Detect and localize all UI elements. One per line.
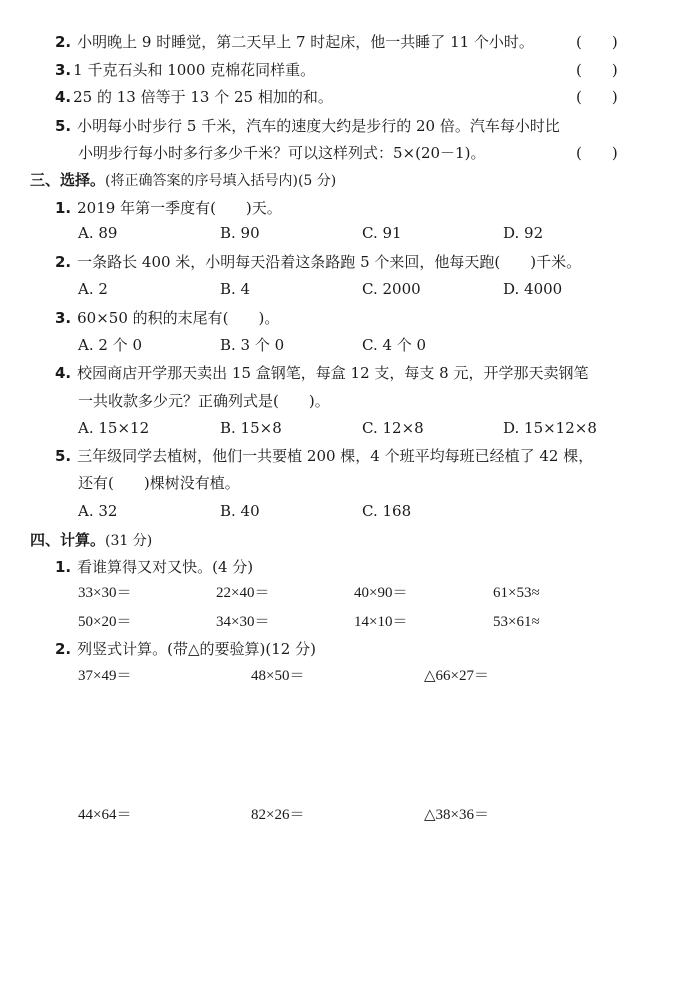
oral-calc[interactable]: 50×20＝	[78, 612, 131, 632]
choice-q5-cont: 还有( )棵树没有植。	[78, 473, 240, 493]
option-c[interactable]: C. 91	[362, 223, 402, 243]
oral-calc[interactable]: 33×30＝	[78, 583, 131, 603]
option-a[interactable]: A. 32	[78, 501, 117, 521]
oral-calc[interactable]: 34×30＝	[216, 612, 269, 632]
choice-q4-cont: 一共收款多少元？正确列式是( )。	[78, 391, 330, 411]
answer-paren[interactable]: ( )	[576, 87, 618, 107]
option-b[interactable]: B. 4	[220, 279, 250, 299]
oral-calc[interactable]: 22×40＝	[216, 583, 269, 603]
option-b[interactable]: B. 15×8	[220, 418, 282, 438]
option-d[interactable]: D. 92	[503, 223, 543, 243]
vertical-calc[interactable]: 37×49＝	[78, 666, 131, 686]
vertical-calc[interactable]: △66×27＝	[424, 666, 489, 686]
option-b[interactable]: B. 3 个 0	[220, 335, 284, 355]
option-c[interactable]: C. 168	[362, 501, 411, 521]
answer-paren[interactable]: ( )	[576, 32, 618, 52]
oral-calc[interactable]: 14×10＝	[354, 612, 407, 632]
calc-part2-title: 2.列竖式计算。(带△的要验算)(12 分)	[55, 639, 316, 659]
judge-item-5-cont: 小明步行每小时多行多少千米？可以这样列式：5×(20－1)。	[78, 143, 485, 163]
answer-paren[interactable]: ( )	[576, 143, 618, 163]
choice-q2: 2.一条路长 400 米，小明每天沿着这条路跑 5 个来回，他每天跑( )千米。	[55, 252, 581, 272]
calc-part1-title: 1.看谁算得又对又快。(4 分)	[55, 557, 253, 577]
vertical-calc[interactable]: 44×64＝	[78, 805, 131, 825]
option-d[interactable]: D. 4000	[503, 279, 562, 299]
judge-item-3: 3.1 千克石头和 1000 克棉花同样重。	[55, 60, 315, 80]
option-a[interactable]: A. 15×12	[78, 418, 149, 438]
option-c[interactable]: C. 4 个 0	[362, 335, 426, 355]
judge-item-5: 5.小明每小时步行 5 千米，汽车的速度大约是步行的 20 倍。汽车每小时比	[55, 116, 560, 136]
vertical-calc[interactable]: 82×26＝	[251, 805, 304, 825]
option-d[interactable]: D. 15×12×8	[503, 418, 597, 438]
option-c[interactable]: C. 12×8	[362, 418, 424, 438]
option-a[interactable]: A. 2	[78, 279, 108, 299]
option-a[interactable]: A. 89	[78, 223, 117, 243]
choice-q4: 4.校园商店开学那天卖出 15 盒钢笔，每盒 12 支，每支 8 元，开学那天卖…	[55, 363, 588, 383]
option-b[interactable]: B. 40	[220, 501, 260, 521]
section-choice-title: 三、选择。(将正确答案的序号填入括号内)(5 分)	[30, 170, 336, 190]
option-c[interactable]: C. 2000	[362, 279, 421, 299]
oral-calc[interactable]: 40×90＝	[354, 583, 407, 603]
choice-q1: 1.2019 年第一季度有( )天。	[55, 198, 282, 218]
vertical-calc[interactable]: △38×36＝	[424, 805, 489, 825]
section-calc-title: 四、计算。(31 分)	[30, 530, 152, 550]
answer-paren[interactable]: ( )	[576, 60, 618, 80]
choice-q5: 5.三年级同学去植树，他们一共要植 200 棵，4 个班平均每班已经植了 42 …	[55, 446, 593, 466]
judge-item-4: 4.25 的 13 倍等于 13 个 25 相加的和。	[55, 87, 333, 107]
choice-q3: 3.60×50 的积的末尾有( )。	[55, 308, 279, 328]
vertical-calc[interactable]: 48×50＝	[251, 666, 304, 686]
judge-item-2: 2.小明晚上 9 时睡觉，第二天早上 7 时起床，他一共睡了 11 个小时。	[55, 32, 534, 52]
oral-calc[interactable]: 53×61≈	[493, 612, 540, 632]
option-a[interactable]: A. 2 个 0	[78, 335, 142, 355]
option-b[interactable]: B. 90	[220, 223, 260, 243]
oral-calc[interactable]: 61×53≈	[493, 583, 540, 603]
